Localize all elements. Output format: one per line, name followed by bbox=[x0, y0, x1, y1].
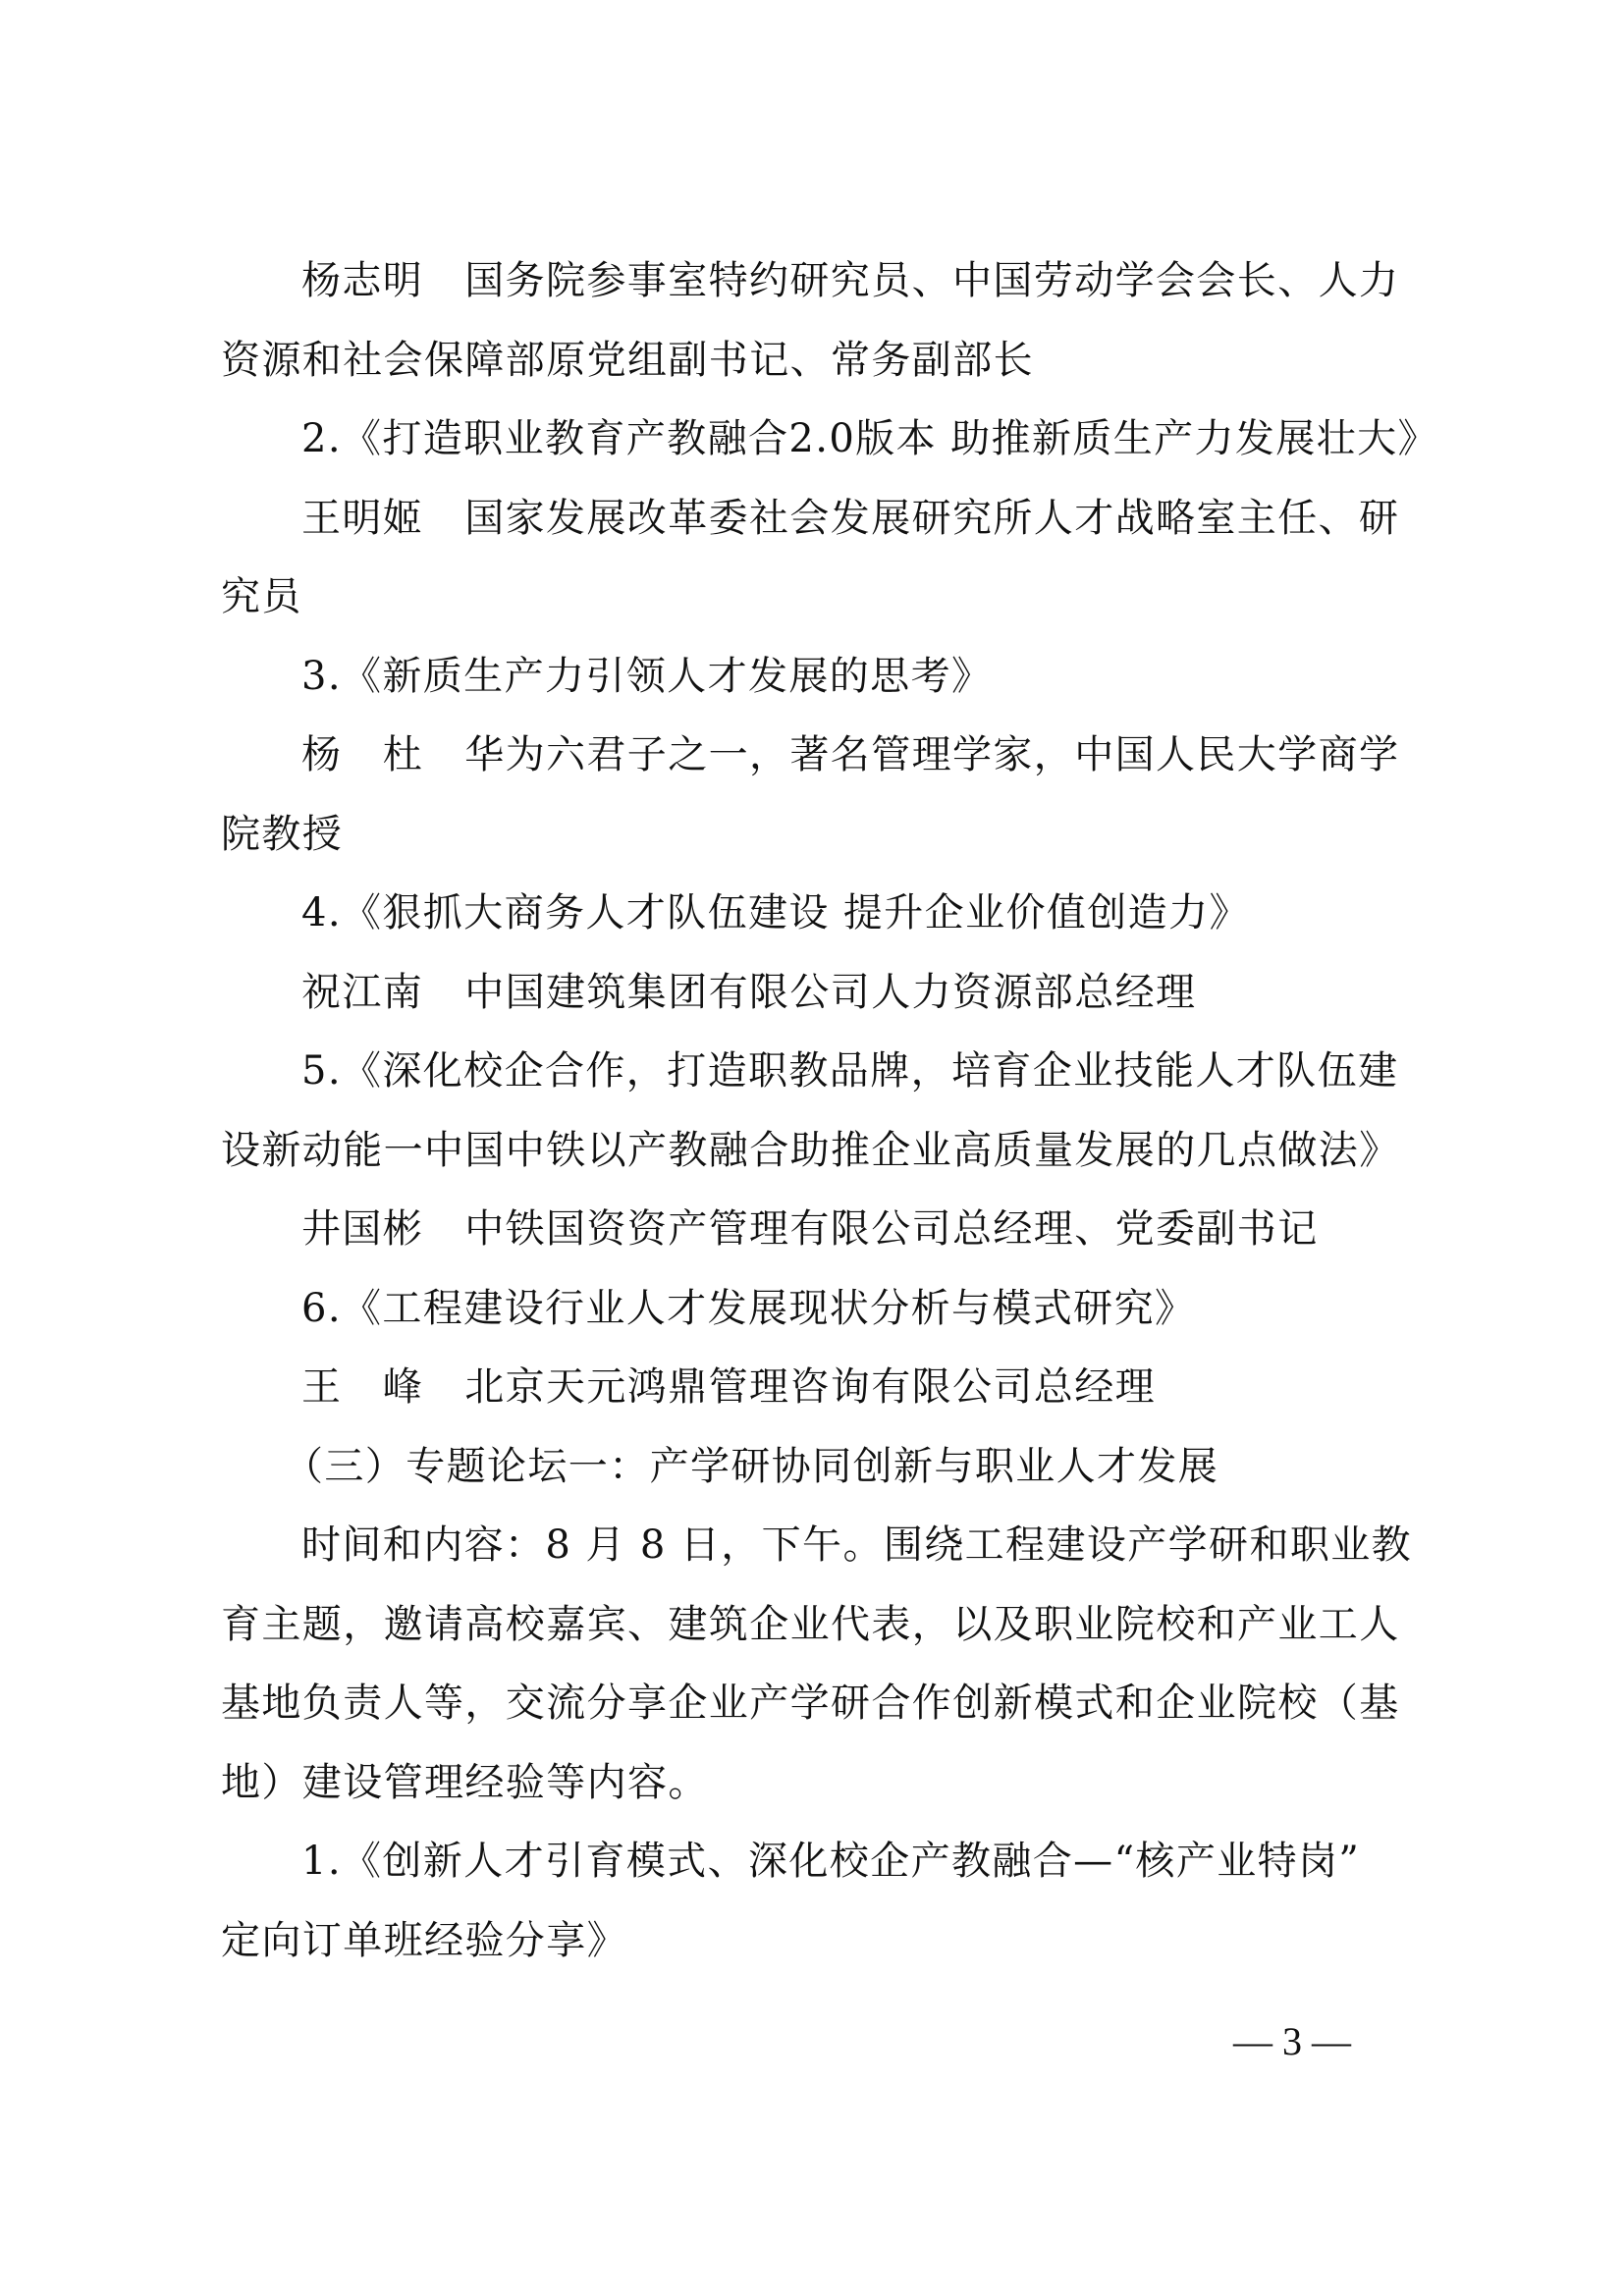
speaker-title: 北京天元鸿鼎管理咨询有限公司总经理 bbox=[464, 1364, 1156, 1410]
talk-title-line: 2.《打造职业教育产教融合2.0版本 助推新质生产力发展壮大》 bbox=[221, 411, 1409, 491]
talk-title: 《打造职业教育产教融合2.0版本 助推新质生产力发展壮大》 bbox=[342, 416, 1438, 461]
paragraph-line: 地）建设管理经验等内容。 bbox=[221, 1755, 1409, 1835]
speaker-title-continuation: 资源和社会保障部原党组副书记、常务副部长 bbox=[221, 333, 1409, 412]
speaker-name: 杨志明 bbox=[301, 253, 423, 308]
speaker-line: 祝江南中国建筑集团有限公司人力资源部总经理 bbox=[221, 965, 1409, 1044]
speaker-name: 祝江南 bbox=[301, 965, 423, 1020]
speaker-title: 中国建筑集团有限公司人力资源部总经理 bbox=[464, 970, 1196, 1015]
talk-title: 《狠抓大商务人才队伍建设 提升企业价值创造力》 bbox=[342, 890, 1250, 935]
talk-number: 4. bbox=[301, 890, 342, 935]
talk-title: 《工程建设行业人才发展现状分析与模式研究》 bbox=[342, 1286, 1195, 1331]
talk-title: 《新质生产力引领人才发展的思考》 bbox=[342, 654, 992, 699]
speaker-title-continuation: 究员 bbox=[221, 569, 1409, 649]
paragraph-line: 时间和内容：8 月 8 日，下午。围绕工程建设产学研和职业教 bbox=[221, 1518, 1409, 1597]
talk-title-line: 4.《狠抓大商务人才队伍建设 提升企业价值创造力》 bbox=[221, 885, 1409, 965]
paragraph-line: 基地负责人等，交流分享企业产学研合作创新模式和企业院校（基 bbox=[221, 1676, 1409, 1755]
talk-title-line: 5.《深化校企合作，打造职教品牌，培育企业技能人才队伍建 bbox=[221, 1043, 1409, 1123]
talk-number: 3. bbox=[301, 654, 342, 699]
talk-number: 1. bbox=[301, 1839, 342, 1884]
talk-number: 5. bbox=[301, 1048, 342, 1094]
speaker-title: 国家发展改革委社会发展研究所人才战略室主任、研 bbox=[464, 496, 1399, 541]
speaker-title: 国务院参事室特约研究员、中国劳动学会会长、人力 bbox=[464, 258, 1399, 303]
paragraph-line: 育主题，邀请高校嘉宾、建筑企业代表，以及职业院校和产业工人 bbox=[221, 1597, 1409, 1677]
speaker-name: 王明姬 bbox=[301, 491, 423, 546]
document-page: 杨志明国务院参事室特约研究员、中国劳动学会会长、人力 资源和社会保障部原党组副书… bbox=[221, 253, 1409, 1992]
speaker-line: 杨 杜华为六君子之一，著名管理学家，中国人民大学商学 bbox=[221, 727, 1409, 807]
talk-title: 《深化校企合作，打造职教品牌，培育企业技能人才队伍建 bbox=[342, 1048, 1398, 1094]
speaker-line: 杨志明国务院参事室特约研究员、中国劳动学会会长、人力 bbox=[221, 253, 1409, 333]
speaker-line: 王 峰北京天元鸿鼎管理咨询有限公司总经理 bbox=[221, 1360, 1409, 1439]
talk-title-continuation: 定向订单班经验分享》 bbox=[221, 1913, 1409, 1993]
talk-title-line: 3.《新质生产力引领人才发展的思考》 bbox=[221, 649, 1409, 728]
speaker-name: 王 峰 bbox=[301, 1360, 423, 1415]
speaker-title: 中铁国资资产管理有限公司总经理、党委副书记 bbox=[464, 1206, 1318, 1252]
speaker-name: 井国彬 bbox=[301, 1201, 423, 1256]
talk-title-line: 6.《工程建设行业人才发展现状分析与模式研究》 bbox=[221, 1281, 1409, 1361]
speaker-title: 华为六君子之一，著名管理学家，中国人民大学商学 bbox=[464, 732, 1399, 777]
talk-number: 6. bbox=[301, 1286, 342, 1331]
section-heading: （三）专题论坛一：产学研协同创新与职业人才发展 bbox=[221, 1439, 1409, 1519]
talk-title: 《创新人才引育模式、深化校企产教融合—“核产业特岗” bbox=[342, 1839, 1360, 1884]
talk-title-continuation: 设新动能一中国中铁以产教融合助推企业高质量发展的几点做法》 bbox=[221, 1123, 1409, 1202]
speaker-title-continuation: 院教授 bbox=[221, 807, 1409, 886]
talk-title-line: 1.《创新人才引育模式、深化校企产教融合—“核产业特岗” bbox=[221, 1834, 1409, 1913]
speaker-line: 井国彬中铁国资资产管理有限公司总经理、党委副书记 bbox=[221, 1201, 1409, 1281]
speaker-line: 王明姬国家发展改革委社会发展研究所人才战略室主任、研 bbox=[221, 491, 1409, 570]
speaker-name: 杨 杜 bbox=[301, 727, 423, 782]
page-number: — 3 — bbox=[1233, 2014, 1351, 2069]
talk-number: 2. bbox=[301, 416, 342, 461]
